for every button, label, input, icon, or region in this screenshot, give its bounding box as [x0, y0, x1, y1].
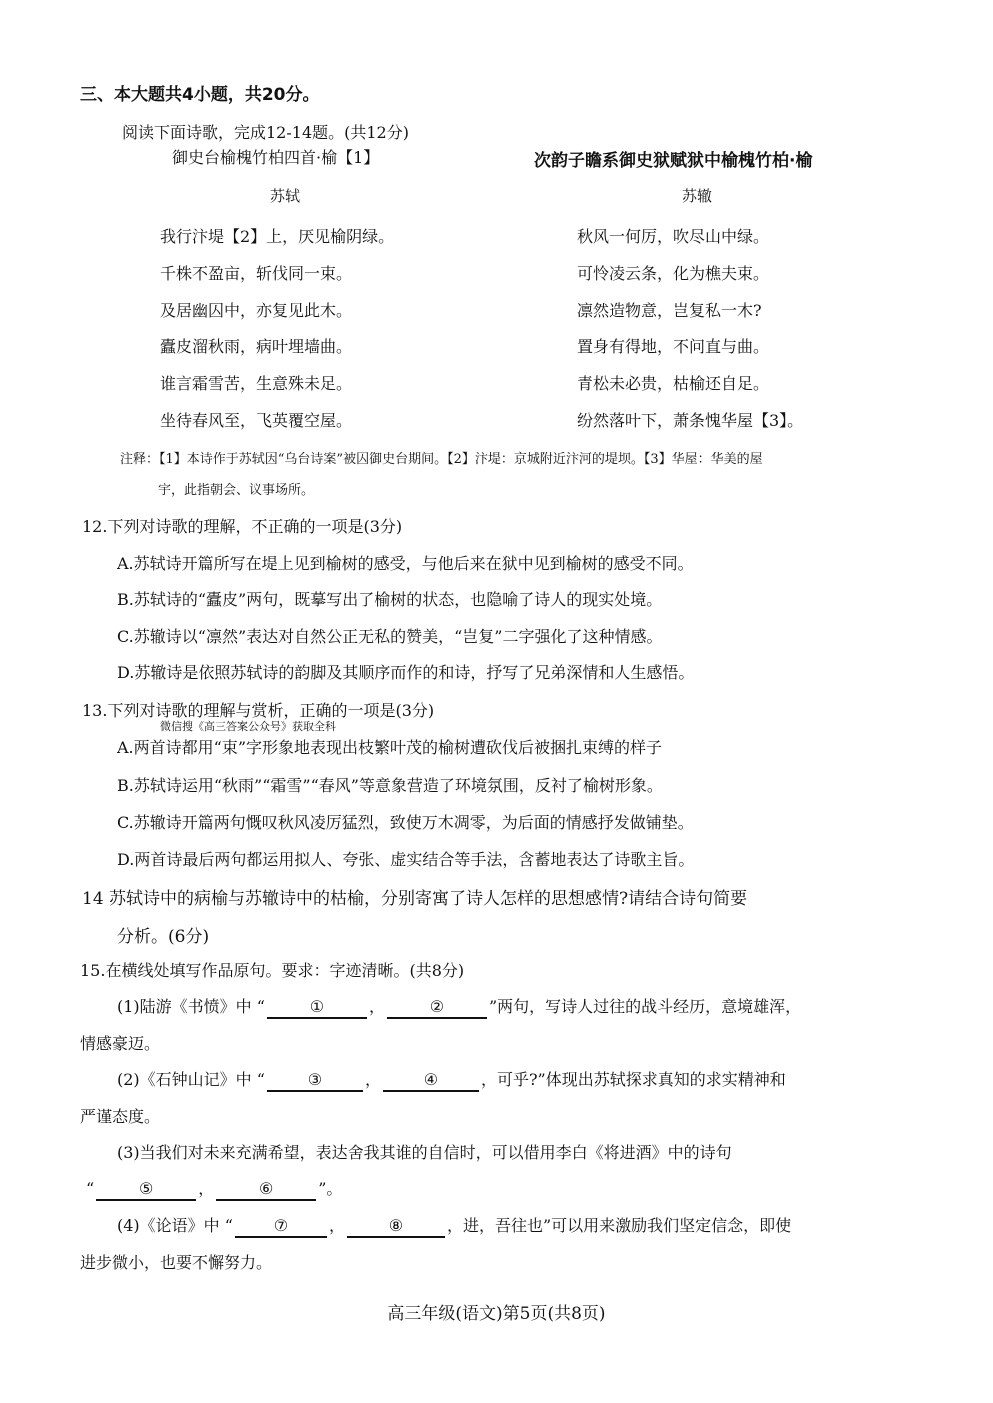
poem-line: 可怜凌云条，化为樵夫束。 [577, 261, 769, 284]
poem-line: 凛然造物意，岂复私一木? [577, 298, 762, 321]
poem-line: 谁言霜雪苦，生意殊未足。 [160, 371, 352, 394]
question-12-stem: 12.下列对诗歌的理解，不正确的一项是(3分) [82, 514, 402, 537]
poem-line: 蠹皮溜秋雨，病叶埋墙曲。 [160, 334, 352, 357]
poem-line: 纷然落叶下，萧条愧华屋【3】。 [577, 408, 803, 431]
question-14-line1: 14 苏轼诗中的病榆与苏辙诗中的枯榆，分别寄寓了诗人怎样的思想感情?请结合诗句简… [82, 884, 747, 909]
poem-line: 坐待春风至，飞英覆空屋。 [160, 408, 352, 431]
answer-blank-8[interactable]: ⑧ [347, 1216, 445, 1238]
item-suffix: ”。 [318, 1179, 342, 1198]
open-quote: “ [86, 1179, 94, 1198]
item-prefix: (2)《石钟山记》中 [117, 1070, 252, 1089]
question-12-option-c: C.苏辙诗以“凛然”表达对自然公正无私的赞美，“岂复”二字强化了这种情感。 [117, 624, 662, 647]
answer-blank-5[interactable]: ⑤ [96, 1179, 196, 1201]
question-12-option-d: D.苏辙诗是依照苏轼诗的韵脚及其顺序而作的和诗，抒写了兄弟深情和人生感悟。 [117, 660, 694, 683]
question-14-line2: 分析。(6分) [117, 922, 209, 947]
poem-line: 秋风一何厉，吹尽山中绿。 [577, 224, 769, 247]
answer-blank-6[interactable]: ⑥ [216, 1179, 316, 1201]
question-13-option-d: D.两首诗最后两句都运用拟人、夸张、虚实结合等手法，含蓄地表达了诗歌主旨。 [117, 847, 694, 870]
poem-line: 及居幽囚中，亦复见此木。 [160, 298, 352, 321]
poem-notes: 注释：【1】本诗作于苏轼因“乌台诗案”被囚御史台期间。【2】汴堤：京城附近汴河的… [120, 444, 940, 506]
answer-blank-3[interactable]: ③ [267, 1070, 363, 1092]
item-prefix: (4)《论语》中 [117, 1216, 220, 1235]
note-line: 宇，此指朝会、议事场所。 [120, 475, 940, 506]
question-15-item-1-cont: 情感豪迈。 [80, 1031, 160, 1054]
comma: ， [329, 1216, 345, 1235]
question-12-option-a: A.苏轼诗开篇所写在堤上见到榆树的感受，与他后来在狱中见到榆树的感受不同。 [117, 551, 694, 574]
poem-line: 千株不盈亩，斩伐同一束。 [160, 261, 352, 284]
open-quote: “ [257, 1070, 265, 1089]
poem-author-su-shi: 苏轼 [270, 185, 300, 206]
question-13-option-c: C.苏辙诗开篇两句慨叹秋风凌厉猛烈，致使万木凋零，为后面的情感抒发做铺垫。 [117, 810, 694, 833]
question-15-stem: 15.在横线处填写作品原句。要求：字迹清晰。(共8分) [80, 958, 464, 981]
answer-blank-4[interactable]: ④ [383, 1070, 479, 1092]
open-quote: “ [225, 1216, 233, 1235]
item-suffix: ，可乎?”体现出苏轼探求真知的求实精神和 [481, 1070, 786, 1089]
page-footer: 高三年级(语文)第5页(共8页) [0, 1299, 993, 1324]
question-13-option-a: A.两首诗都用“束”字形象地表现出枝繁叶茂的榆树遭砍伐后被捆扎束缚的样子 [117, 735, 662, 758]
reading-instruction: 阅读下面诗歌，完成12-14题。(共12分) [122, 120, 409, 143]
question-15-item-2: (2)《石钟山记》中 “③，④，可乎?”体现出苏轼探求真知的求实精神和 [117, 1067, 786, 1092]
comma: ， [198, 1179, 214, 1198]
question-15-item-3: (3)当我们对未来充满希望，表达舍我其谁的自信时，可以借用李白《将进酒》中的诗句 [117, 1140, 732, 1163]
question-12-option-b: B.苏轼诗的“蠹皮”两句，既摹写出了榆树的状态，也隐喻了诗人的现实处境。 [117, 587, 662, 610]
question-15-item-1: (1)陆游《书愤》中 “①，②”两句，写诗人过往的战斗经历，意境雄浑， [117, 994, 801, 1019]
section-title: 三、本大题共4小题，共20分。 [80, 80, 320, 105]
question-15-item-4: (4)《论语》中 “⑦，⑧，进，吾往也”可以用来激励我们坚定信念，即使 [117, 1213, 791, 1238]
poem-title-su-zhe: 次韵子瞻系御史狱赋狱中榆槐竹柏·榆 [534, 146, 812, 171]
question-15-item-3-blanks: “⑤，⑥”。 [86, 1176, 342, 1201]
comma: ， [365, 1070, 381, 1089]
open-quote: “ [257, 997, 265, 1016]
poem-line: 置身有得地，不问直与曲。 [577, 334, 769, 357]
item-suffix: ，进，吾往也”可以用来激励我们坚定信念，即使 [447, 1216, 791, 1235]
poem-line: 我行汴堤【2】上，厌见榆阴绿。 [160, 224, 394, 247]
watermark-text: 微信搜《高三答案公众号》获取全科 [160, 718, 336, 734]
question-15-item-2-cont: 严谨态度。 [80, 1104, 160, 1127]
poem-title-su-shi: 御史台榆槐竹柏四首·榆【1】 [172, 145, 379, 168]
question-13-option-b: B.苏轼诗运用“秋雨”“霜雪”“春风”等意象营造了环境氛围，反衬了榆树形象。 [117, 773, 663, 796]
item-suffix: ”两句，写诗人过往的战斗经历，意境雄浑， [489, 997, 801, 1016]
answer-blank-2[interactable]: ② [387, 997, 487, 1019]
item-prefix: (1)陆游《书愤》中 [117, 997, 252, 1016]
answer-blank-7[interactable]: ⑦ [235, 1216, 327, 1238]
comma: ， [369, 997, 385, 1016]
poem-author-su-zhe: 苏辙 [682, 185, 712, 206]
poem-line: 青松未必贵，枯榆还自足。 [577, 371, 769, 394]
note-line: 注释：【1】本诗作于苏轼因“乌台诗案”被囚御史台期间。【2】汴堤：京城附近汴河的… [120, 444, 940, 475]
answer-blank-1[interactable]: ① [267, 997, 367, 1019]
question-15-item-4-cont: 进步微小，也要不懈努力。 [80, 1250, 272, 1273]
